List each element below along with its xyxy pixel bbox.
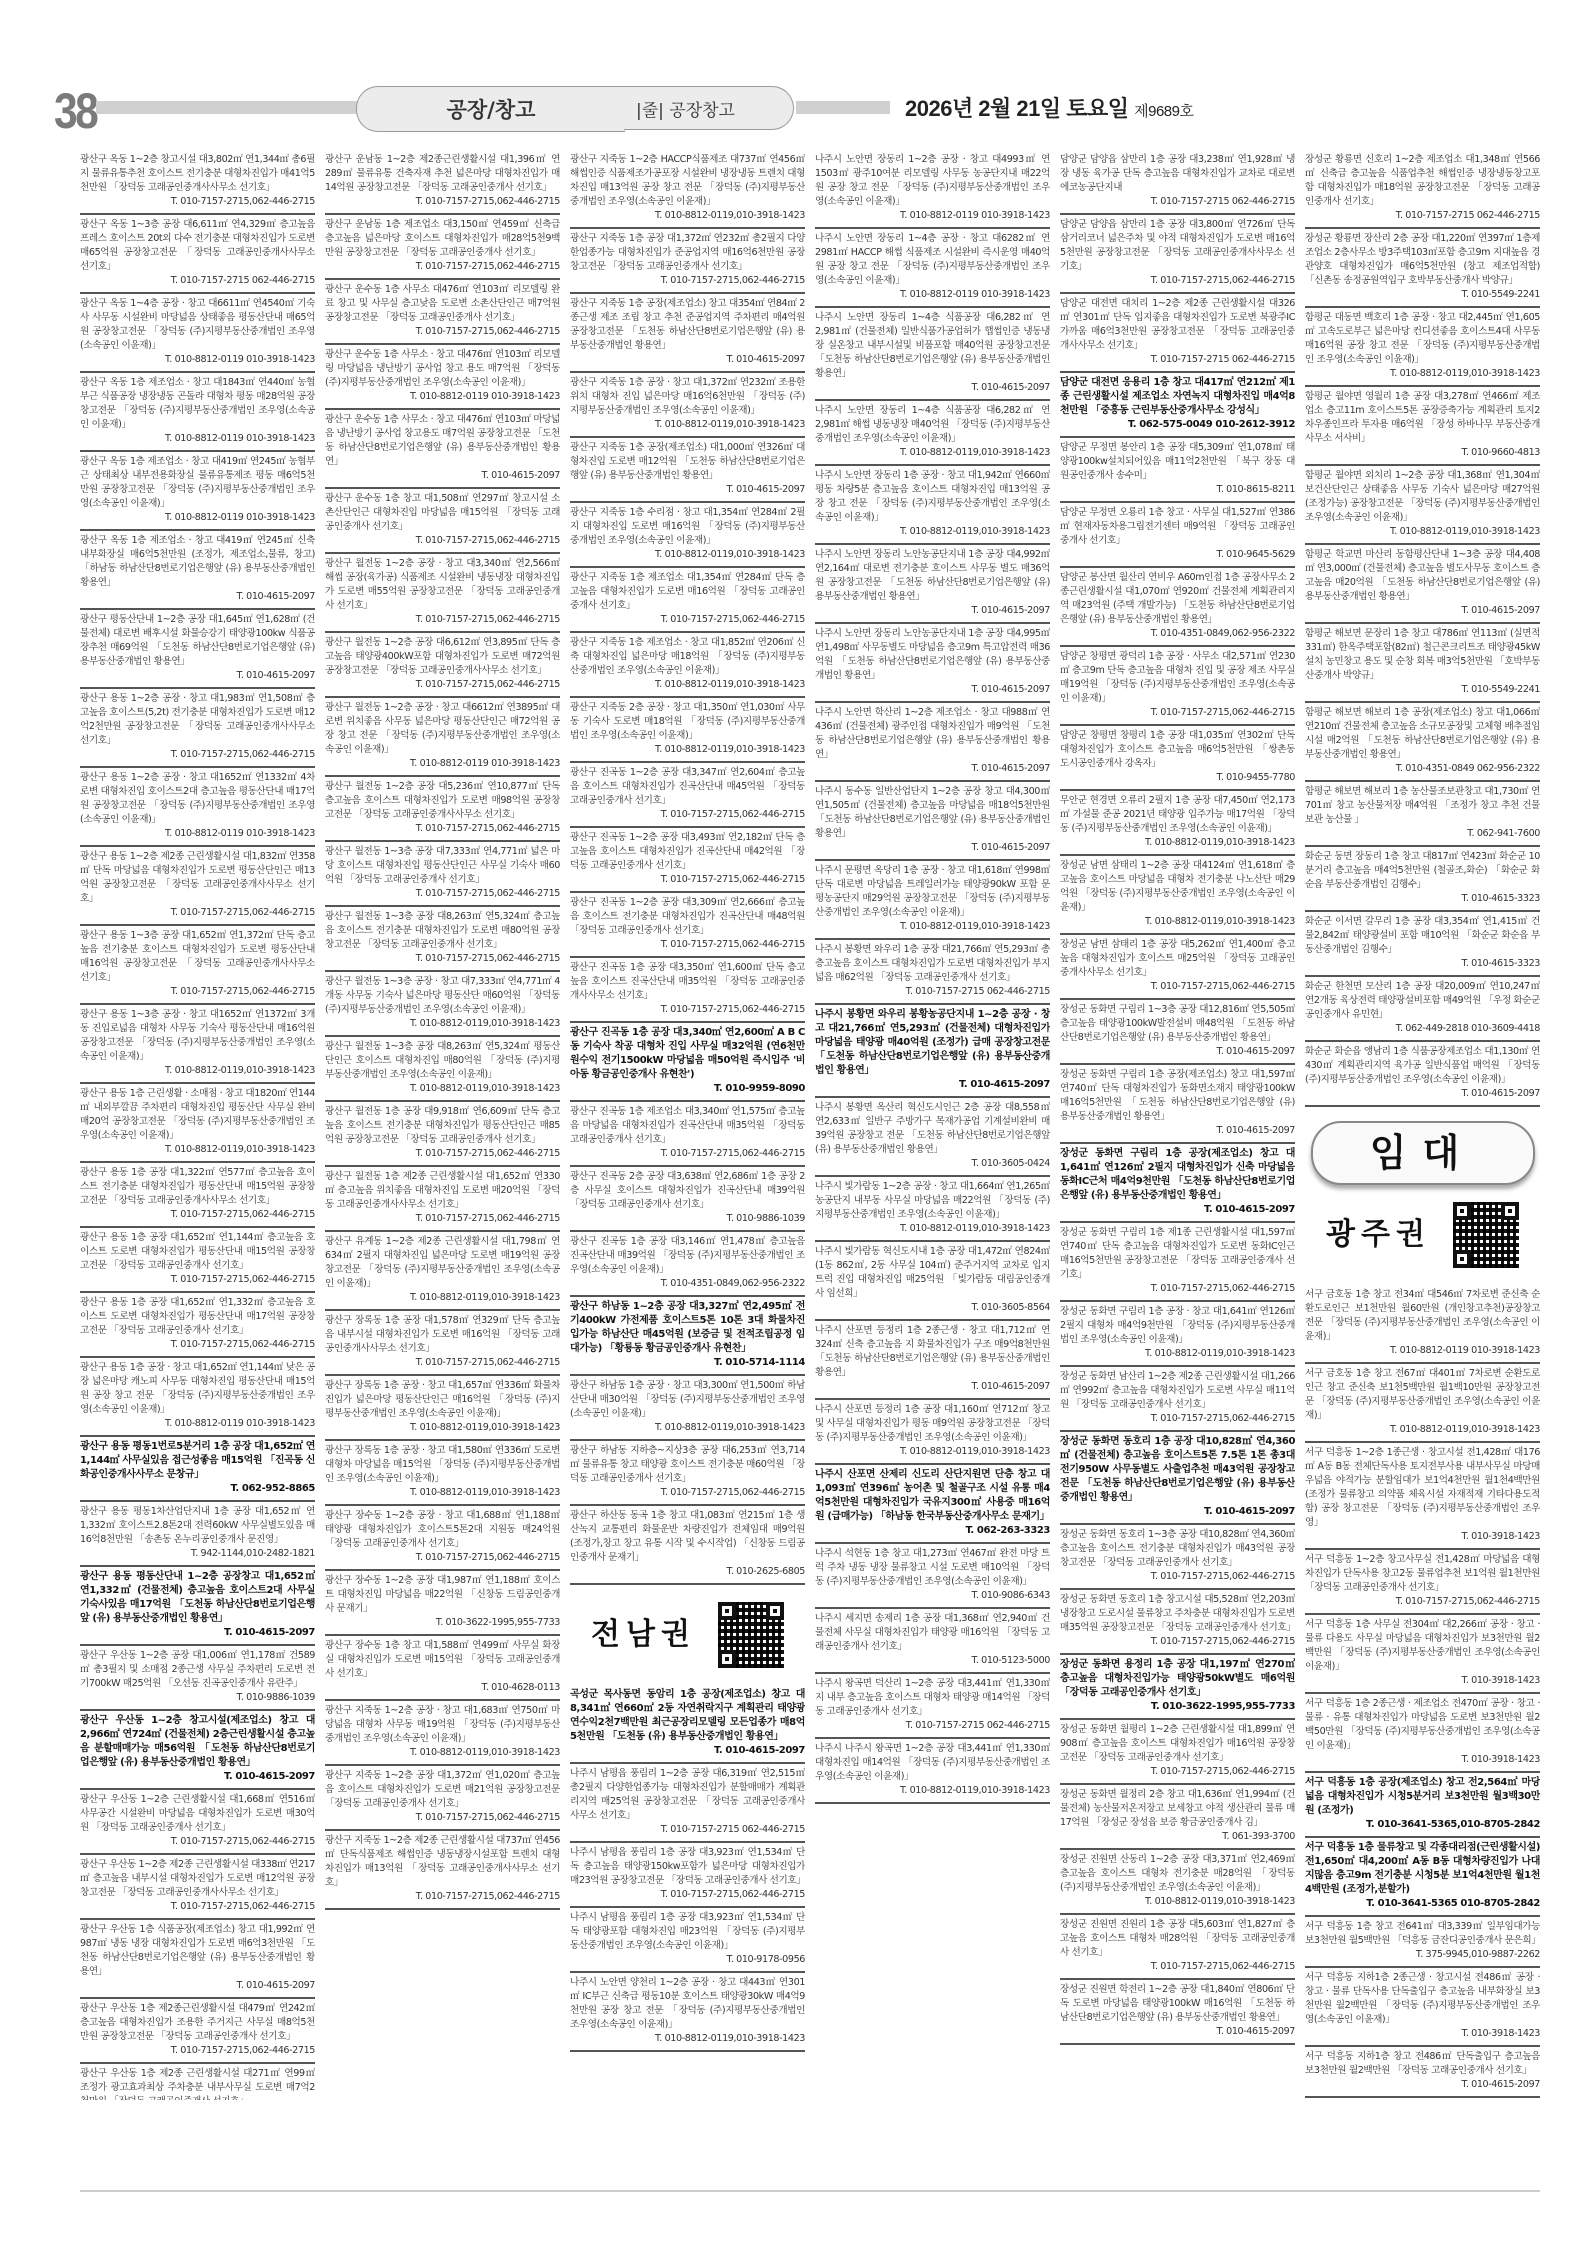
listing-text: 화순군 이서면 갈무리 1층 공장 대3,354㎡ 연1,415㎡ 건물2,84… bbox=[1305, 916, 1540, 955]
listing-text: 나주시 세지면 송제리 1층 공장 대1,368㎡ 연2,940㎡ 건물전체 사… bbox=[815, 1613, 1050, 1652]
listing-phone: T. 010-8812-0119 010-3918-1423 bbox=[325, 757, 560, 771]
listing-ad: 함평군 해보면 해보리 1층 농산물조보관창고 대1,730㎡ 연701㎡ 창고… bbox=[1305, 782, 1540, 847]
listing-text: 장성군 황룡면 장산리 2층 공장 대1,220㎡ 연397㎡ 1층제조업소 2… bbox=[1305, 233, 1540, 286]
listing-text: 서구 금호동 1층 창고 전67㎡ 대401㎡ 7차로변 순환도로인근 창고 준… bbox=[1305, 1368, 1540, 1421]
listing-ad: 나주시 봉황면 와우리 봉황농공단지내 1~2층 공장 · 창고 대21,766… bbox=[815, 1005, 1050, 1098]
listing-ad: 광산구 하산동 동곡 1층 창고 대1,083㎡ 연215㎡ 1층 생산녹지 교… bbox=[570, 1506, 805, 1585]
listing-phone: T. 010-4615-2097 bbox=[815, 1078, 1050, 1092]
column-6: 장성군 황룡면 신호리 1~2층 제조업소 대1,348㎡ 연566㎡ 신축급 … bbox=[1305, 150, 1540, 2100]
listing-text: 장성군 동화면 용정리 1층 공장 대1,197㎡ 연270㎡ 층고높음 대형차… bbox=[1060, 1659, 1295, 1698]
listing-text: 광산구 우산동 1층 제2종근린생활시설 대479㎡ 연242㎡ 층고높음 대형… bbox=[80, 2003, 315, 2042]
qr-code-icon[interactable] bbox=[1453, 1202, 1519, 1268]
listing-ad: 장성군 진원면 진원리 1층 공장 대5,603㎡ 연1,827㎡ 층고높음 호… bbox=[1060, 1915, 1295, 1980]
listing-phone: T. 010-8812-0119 010-3918-1423 bbox=[815, 209, 1050, 223]
listing-text: 광산구 용동 1층 공장 대1,652㎡ 연1,144㎡ 층고높음 호이스트 도… bbox=[80, 1232, 315, 1271]
listing-phone: T. 010-8812-0119,010-3918-1423 bbox=[815, 920, 1050, 934]
listing-phone: T. 010-7157-2715,062-446-2715 bbox=[80, 748, 315, 762]
listing-phone: T. 010-7157-2715,062-446-2715 bbox=[325, 1147, 560, 1161]
listing-text: 광산구 운남동 1층 제조업소 대3,150㎡ 연459㎡ 신축급 층고높음 넓… bbox=[325, 219, 560, 258]
header-rule-left bbox=[96, 101, 360, 114]
listing-phone: T. 010-4615-3323 bbox=[1305, 892, 1540, 906]
listing-ad: 광산구 운수동 1층 사무소 · 창고 대476㎡ 연103㎡ 마당넓음 냉난방… bbox=[325, 410, 560, 489]
listing-text: 광산구 지죽동 1층 공장(제조업소) 대1,000㎡ 연326㎡ 대형차진입 … bbox=[570, 442, 805, 481]
listing-text: 나주시 노안면 양천리 1~2층 공장 · 창고 대443㎡ 연301㎡ IC부… bbox=[570, 1977, 805, 2030]
issue-date: 2026년 2월 21일 토요일 제9689호 bbox=[905, 92, 1193, 123]
listing-phone: T. 010-7157-2715,062-446-2715 bbox=[1060, 1570, 1295, 1584]
listing-phone: T. 010-7157-2715 062-446-2715 bbox=[1305, 209, 1540, 223]
listing-ad: 광산구 옥동 1층 제조업소 · 창고 대419㎡ 연245㎡ 신축 내부화장실… bbox=[80, 531, 315, 610]
listing-ad: 나주시 석현동 1층 창고 대1,273㎡ 연467㎡ 완전 마당 트럭 주차 … bbox=[815, 1544, 1050, 1609]
listing-ad: 서구 덕흥동 1층 창고 전641㎡ 대3,339㎡ 일부임대가능 보3천만원 … bbox=[1305, 1917, 1540, 1968]
listing-phone: T. 010-8812-0119,010-3918-1423 bbox=[325, 1421, 560, 1435]
listing-phone: T. 010-8812-0119,010-3918-1423 bbox=[815, 1784, 1050, 1798]
listing-phone: T. 010-7157-2715,062-446-2715 bbox=[80, 906, 315, 920]
listing-ad: 광산구 장수동 1~2층 공장 대1,987㎡ 연1,188㎡ 호이스트 대형차… bbox=[325, 1571, 560, 1636]
classified-columns: 광산구 옥동 1~2층 창고시설 대3,802㎡ 연1,344㎡ 총6필지 물류… bbox=[80, 150, 1540, 2100]
listing-ad: 광산구 진곡동 1층 공장 대3,146㎡ 연1,478㎡ 층고높음 진곡산단내… bbox=[570, 1232, 805, 1297]
listing-ad: 광산구 우산동 1층 제2종근린생활시설 대479㎡ 연242㎡ 층고높음 대형… bbox=[80, 1999, 315, 2064]
listing-text: 서구 덕흥동 1층 창고 전641㎡ 대3,339㎡ 일부임대가능 보3천만원 … bbox=[1305, 1921, 1540, 1946]
listing-ad: 서구 덕흥동 1층 사무실 전304㎡ 대2,266㎡ 공장 · 창고 · 물류… bbox=[1305, 1615, 1540, 1694]
listing-text: 광산구 지죽동 1~2층 HACCP식품제조 대737㎡ 연456㎡ 해썹인증 … bbox=[570, 154, 805, 207]
listing-text: 광산구 지죽동 1~2층 공장 대1,372㎡ 연1,020㎡ 층고높음 호이스… bbox=[325, 1770, 560, 1809]
listing-text: 장성군 동화면 구림리 1층 제1종 근린생활시설 대1,597㎡ 연740㎡ … bbox=[1060, 1227, 1295, 1280]
listing-phone: T. 010-7157-2715,062-446-2715 bbox=[1305, 1595, 1540, 1609]
listing-text: 광산구 월전동 1~2층 공장 대5,236㎡ 연10,877㎡ 단독 층고높음… bbox=[325, 781, 560, 820]
listing-ad: 나주시 왕곡면 덕산리 1~2층 공장 대3,441㎡ 연1,330㎡ 지 내부… bbox=[815, 1674, 1050, 1739]
listing-ad: 광산구 장록동 1층 공장 · 창고 대1,657㎡ 연336㎡ 화물차 진입가… bbox=[325, 1376, 560, 1441]
listing-text: 광산구 용동 평동1번로5분거리 1층 공장 대1,652㎡ 연1,144㎡ 사… bbox=[80, 1441, 315, 1480]
listing-ad: 광산구 옥동 1층 제조업소 · 창고 대1843㎡ 연440㎡ 농협부근 식품… bbox=[80, 373, 315, 452]
column-3: 광산구 지죽동 1~2층 HACCP식품제조 대737㎡ 연456㎡ 해썹인증 … bbox=[570, 150, 805, 2100]
listing-text: 나주시 노안면 장동리 1~4층 공장 · 창고 대6282㎡ 연2981㎡ H… bbox=[815, 233, 1050, 286]
listing-text: 나주시 남평읍 풍림리 1~2층 공장 대6,319㎡ 연2,515㎡ 총2필지… bbox=[570, 1768, 805, 1821]
listing-phone: T. 010-7157-2715 062-446-2715 bbox=[815, 985, 1050, 999]
listing-text: 함평군 학교면 마산리 동함평산단내 1~3층 공장 대4,408㎡ 연3,00… bbox=[1305, 549, 1540, 602]
listing-ad: 광산구 진곡동 1층 제조업소 대3,340㎡ 연1,575㎡ 층고높음 마당넓… bbox=[570, 1102, 805, 1167]
listing-phone: T. 010-7157-2715,062-446-2715 bbox=[325, 822, 560, 836]
listing-text: 광산구 운수동 1층 사무소 · 창고 대476㎡ 연103㎡ 리모델링 마당넓… bbox=[325, 349, 560, 388]
listing-phone: T. 010-7157-2715,062-446-2715 bbox=[80, 1835, 315, 1849]
listing-ad: 담양군 대전면 대치리 1~2층 제2종 근린생활시설 대326㎡ 연301㎡ … bbox=[1060, 294, 1295, 373]
listing-phone: T. 010-8812-0119,010-3918-1423 bbox=[1060, 915, 1295, 929]
listing-text: 광산구 월전동 1~2층 공장 · 창고 대3,340㎡ 연2,566㎡ 해썹 … bbox=[325, 558, 560, 611]
listing-phone: T. 010-4615-2097 bbox=[570, 1744, 805, 1758]
listing-phone: T. 010-5123-5000 bbox=[815, 1654, 1050, 1668]
listing-ad: 광산구 하남동 지하층~지상3층 공장 대6,253㎡ 연3,714㎡ 물류유통… bbox=[570, 1441, 805, 1506]
listing-phone: T. 010-8812-0119,010-3918-1423 bbox=[80, 1143, 315, 1157]
listing-phone: T. 010-7157-2715,062-446-2715 bbox=[1060, 274, 1295, 288]
listing-ad: 광산구 용동 평동산단내 1~2층 공장창고 대1,652㎡ 연1,332㎡ (… bbox=[80, 1567, 315, 1646]
listing-ad: 장성군 동화면 구림리 1~3층 공장 대12,816㎡ 연5,505㎡ 층고높… bbox=[1060, 1000, 1295, 1065]
listing-text: 광산구 지죽동 1층 공장 대1,372㎡ 연232㎡ 총2필지 다양한업종가능… bbox=[570, 233, 805, 272]
listing-text: 나주시 남평읍 풍림리 1층 공장 대3,923㎡ 연1,534㎡ 단독 층고높… bbox=[570, 1847, 805, 1886]
listing-text: 나주시 동수동 일반산업단지 1~2층 공장 창고 대4,300㎡ 연1,505… bbox=[815, 786, 1050, 839]
listing-ad: 광산구 평동산단내 1~2층 공장 대1,645㎡ 연1,628㎡ (건물전체)… bbox=[80, 610, 315, 689]
column-2: 광산구 운남동 1~2층 제2종근린생활시설 대1,396㎡ 연289㎡ 물류유… bbox=[325, 150, 560, 2100]
listing-phone: T. 010-4615-2097 bbox=[80, 669, 315, 683]
listing-phone: T. 010-7157-2715,062-446-2715 bbox=[325, 678, 560, 692]
listing-text: 광산구 하남동 1~2층 공장 대3,327㎡ 연2,495㎡ 전기400kW … bbox=[570, 1301, 805, 1354]
listing-phone: T. 010-4615-2097 bbox=[1060, 1203, 1295, 1217]
listing-phone: T. 010-8812-0119,010-3918-1423 bbox=[1305, 1423, 1540, 1437]
listing-text: 광산구 용동 1~2층 공장 · 창고 대1652㎡ 연1332㎡ 4차로변 대… bbox=[80, 772, 315, 825]
listing-text: 나주시 노안면 장동리 1~2층 공장 · 창고 대4993㎡ 연1503㎡ 광… bbox=[815, 154, 1050, 207]
listing-text: 서구 덕흥동 1층 공장(제조업소) 창고 전2,564㎡ 마당넓음 대형차진입… bbox=[1305, 1777, 1540, 1816]
listing-ad: 광산구 월전동 1~3층 공장 대8,263㎡ 연5,324㎡ 평동산단인근 호… bbox=[325, 1037, 560, 1102]
listing-phone: T. 010-4351-0849 062-956-2322 bbox=[1305, 762, 1540, 776]
listing-text: 광산구 진곡동 1층 제조업소 대3,340㎡ 연1,575㎡ 층고높음 마당넓… bbox=[570, 1106, 805, 1145]
listing-phone: T. 010-8812-0119 010-3918-1423 bbox=[815, 288, 1050, 302]
listing-phone: T. 010-7157-2715,062-446-2715 bbox=[80, 1900, 315, 1914]
listing-phone: T. 010-8812-0119,010-3918-1423 bbox=[815, 1222, 1050, 1236]
listing-text: 광산구 진곡동 1층 공장 대3,350㎡ 연1,600㎡ 단독 층고높음 호이… bbox=[570, 962, 805, 1001]
listing-text: 광산구 우산동 1층 제2종 근린생활시설 대271㎡ 연99㎡ 조정가 광고효… bbox=[80, 2068, 315, 2100]
listing-text: 나주시 노안면 장동리 노안농공단지내 1층 공장 대4,995㎡ 연1,498… bbox=[815, 628, 1050, 681]
listing-text: 광산구 용동 평동1차산업단지내 1층 공장 대1,652㎡ 연1,332㎡ 호… bbox=[80, 1506, 315, 1545]
listing-text: 무안군 현경면 오류리 2필지 1층 공장 대7,450㎡ 연2,173㎡ 가설… bbox=[1060, 795, 1295, 834]
listing-text: 광산구 월전동 1~3층 공장 대8,263㎡ 연5,324㎡ 평동산단인근 호… bbox=[325, 1041, 560, 1080]
listing-text: 장성군 동화면 구림리 1층 공장(제조업소) 창고 대1,597㎡ 연740㎡… bbox=[1060, 1069, 1295, 1122]
listing-phone: T. 010-9886-1039 bbox=[570, 1212, 805, 1226]
listing-text: 나주시 노안면 학산리 1~2층 제조업소 · 창고 대988㎡ 연436㎡ (… bbox=[815, 707, 1050, 760]
listing-text: 광산구 옥동 1~2층 창고시설 대3,802㎡ 연1,344㎡ 총6필지 물류… bbox=[80, 154, 315, 193]
header-rule-right bbox=[796, 101, 890, 114]
column-1: 광산구 옥동 1~2층 창고시설 대3,802㎡ 연1,344㎡ 총6필지 물류… bbox=[80, 150, 315, 2100]
listing-phone: T. 010-3918-1423 bbox=[1305, 1530, 1540, 1544]
listing-text: 장성군 동화면 구림리 1~3층 공장 대12,816㎡ 연5,505㎡ 층고높… bbox=[1060, 1004, 1295, 1043]
listing-phone: T. 010-8812-0119,010-3918-1423 bbox=[325, 1017, 560, 1031]
listing-ad: 광산구 용동 평동1번로5분거리 1층 공장 대1,652㎡ 연1,144㎡ 사… bbox=[80, 1437, 315, 1502]
listing-phone: T. 010-3622-1995,955-7733 bbox=[1060, 1700, 1295, 1714]
listing-text: 서구 덕흥동 1층 2종근생 · 제조업소 전470㎡ 공장 · 창고 · 물류… bbox=[1305, 1698, 1540, 1751]
listing-phone: T. 010-7157-2715 062-446-2715 bbox=[1060, 195, 1295, 209]
listing-phone: T. 010-8812-0119,010-3918-1423 bbox=[325, 1291, 560, 1305]
listing-phone: T. 010-8812-0119,010-3918-1423 bbox=[1060, 1895, 1295, 1909]
listing-ad: 광산구 용동 1~3층 공장 · 창고 대1652㎡ 연1372㎡ 3개동 진입… bbox=[80, 1005, 315, 1084]
listing-text: 광산구 옥동 1층 제조업소 · 창고 대419㎡ 연245㎡ 신축 내부화장실… bbox=[80, 535, 315, 588]
listing-ad: 서구 금호동 1층 창고 전34㎡ 대546㎡ 7차로변 준신축 순환도로인근 … bbox=[1305, 1285, 1540, 1364]
listing-ad: 담양군 무정면 오룡리 1층 창고 · 사무실 대1,527㎡ 연386㎡ 현재… bbox=[1060, 503, 1295, 568]
listing-text: 함평군 대동면 백호리 1층 공장 · 창고 대2,445㎡ 연1,605㎡ 고… bbox=[1305, 312, 1540, 365]
listing-ad: 광산구 진곡동 1~2층 공장 대3,493㎡ 연2,182㎡ 단독 층고높음 … bbox=[570, 828, 805, 893]
listing-phone: T. 010-4615-2097 bbox=[1305, 1087, 1540, 1101]
qr-code-icon[interactable] bbox=[718, 1602, 784, 1668]
listing-phone: T. 010-3641-5365,010-8705-2842 bbox=[1305, 1818, 1540, 1832]
listing-ad: 광산구 용동 1층 근린생활 · 소매점 · 창고 대1820㎡ 연144㎡ 내… bbox=[80, 1084, 315, 1163]
listing-text: 광산구 우산동 1~2층 제2종 근린생활시설 대338㎡ 연217㎡ 층고높음… bbox=[80, 1859, 315, 1898]
listing-phone: T. 010-8812-0119,010-3918-1423 bbox=[570, 1421, 805, 1435]
listing-text: 광산구 유계동 1~2층 제2종 근린생활시설 대1,798㎡ 연634㎡ 2필… bbox=[325, 1236, 560, 1289]
listing-phone: T. 010-7157-2715,062-446-2715 bbox=[570, 938, 805, 952]
subsection-title: |줄| 공장창고 bbox=[624, 86, 794, 130]
listing-text: 화순군 화순읍 앵남리 1층 식품공장제조업소 대1,130㎡ 연430㎡ 계획… bbox=[1305, 1046, 1540, 1085]
listing-text: 서구 덕흥동 1층 사무실 전304㎡ 대2,266㎡ 공장 · 창고 · 물류… bbox=[1305, 1619, 1540, 1672]
listing-ad: 나주시 봉황면 옥산리 혁신도시인근 2층 공장 대8,558㎡ 연2,633㎡… bbox=[815, 1098, 1050, 1177]
listing-text: 광산구 용동 1~2층 공장 · 창고 대1,983㎡ 연1,508㎡ 층고높음… bbox=[80, 693, 315, 746]
listing-ad: 광산구 용동 평동1차산업단지내 1층 공장 대1,652㎡ 연1,332㎡ 호… bbox=[80, 1502, 315, 1567]
listing-phone: T. 010-8812-0119,010-3918-1423 bbox=[80, 1064, 315, 1078]
listing-ad: 광산구 지죽동 1층 공장(제조업소) 대1,000㎡ 연326㎡ 대형차진입 … bbox=[570, 438, 805, 503]
listing-text: 광산구 용동 1층 공장 대1,652㎡ 연1,332㎡ 층고높음 호이스트 도… bbox=[80, 1297, 315, 1336]
listing-text: 장성군 진원면 학전리 1~2층 공장 대1,840㎡ 연806㎡ 단독 도로변… bbox=[1060, 1984, 1295, 2023]
listing-text: 광산구 지죽동 1층 제조업소 · 창고 대1,852㎡ 연206㎡ 신축 대형… bbox=[570, 637, 805, 676]
listing-text: 광산구 지죽동 1~2층 제2종 근린생활시설 대737㎡ 연456㎡ 단독식품… bbox=[325, 1835, 560, 1888]
listing-text: 서구 덕흥동 1~2층 1종근생 · 창고시설 전1,428㎡ 대176㎡ A동… bbox=[1305, 1447, 1540, 1528]
listing-phone: T. 010-8812-0119 010-3918-1423 bbox=[325, 390, 560, 404]
listing-ad: 광산구 용동 1~2층 공장 · 창고 대1652㎡ 연1332㎡ 4차로변 대… bbox=[80, 768, 315, 847]
listing-phone: T. 010-8812-0119 010-3918-1423 bbox=[80, 432, 315, 446]
listing-text: 광산구 우산동 1층 식품공장(제조업소) 창고 대1,992㎡ 연987㎡ 냉… bbox=[80, 1924, 315, 1977]
listing-text: 광산구 용동 1~3층 공장 · 창고 대1652㎡ 연1372㎡ 3개동 진입… bbox=[80, 1009, 315, 1062]
listing-phone: T. 010-4615-2097 bbox=[815, 604, 1050, 618]
listing-phone: T. 010-8812-0119,010-3918-1423 bbox=[1305, 367, 1540, 381]
listing-text: 장성군 동화면 월정리 2층 창고 대1,636㎡ 연1,994㎡ (건물전체)… bbox=[1060, 1789, 1295, 1828]
listing-text: 나주시 산포면 산제리 신도리 산단지원면 단층 창고 대1,093㎡ 연396… bbox=[815, 1469, 1050, 1522]
listing-text: 광산구 장수동 1층 창고 대1,588㎡ 연499㎡ 사무실 화장실 대형차진… bbox=[325, 1640, 560, 1679]
listing-ad: 담양군 담양읍 삼만리 1층 공장 대3,800㎡ 연726㎡ 단독 삼거리코너… bbox=[1060, 215, 1295, 294]
listing-text: 광산구 월전동 1층 제2종 근린생활시설 대1,652㎡ 연330㎡ 층고높음… bbox=[325, 1171, 560, 1210]
listing-ad: 광산구 지죽동 2층 공장 · 창고 대1,350㎡ 연1,030㎡ 사무동 기… bbox=[570, 698, 805, 763]
listing-text: 나주시 문평면 옥당리 1층 공장 · 창고 대1,618㎡ 연998㎡ 단독 … bbox=[815, 865, 1050, 918]
listing-ad: 서구 덕흥동 1~2층 1종근생 · 창고시설 전1,428㎡ 대176㎡ A동… bbox=[1305, 1443, 1540, 1550]
listing-text: 나주시 빛가람동 혁신도시내 1층 공장 대1,472㎡ 연824㎡ (1동 8… bbox=[815, 1246, 1050, 1299]
listing-ad: 광산구 용동 1층 공장 대1,322㎡ 연577㎡ 층고높음 호이스트 전기충… bbox=[80, 1163, 315, 1228]
listing-ad: 광산구 용동 1~2층 제2종 근린생활시설 대1,832㎡ 연358㎡ 단독 … bbox=[80, 847, 315, 926]
listing-phone: T. 062-575-0049 010-2612-3912 bbox=[1060, 418, 1295, 432]
listing-ad: 화순군 동면 장동리 1층 창고 대817㎡ 연423㎡ 화순군 10분거리 층… bbox=[1305, 847, 1540, 912]
listing-phone: T. 010-4615-2097 bbox=[1305, 2078, 1540, 2092]
listing-ad: 광산구 우산동 1층 식품공장(제조업소) 창고 대1,992㎡ 연987㎡ 냉… bbox=[80, 1920, 315, 1999]
listing-phone: T. 010-8812-0119,010-3918-1423 bbox=[1060, 1347, 1295, 1361]
listing-ad: 장성군 동화면 동호리 1층 창고시설 대5,528㎡ 연2,203㎡ 냉장창고… bbox=[1060, 1590, 1295, 1655]
listing-phone: T. 010-7157-2715 062-446-2715 bbox=[80, 274, 315, 288]
listing-ad: 광산구 운수동 1층 사무소 · 창고 대476㎡ 연103㎡ 리모델링 마당넓… bbox=[325, 345, 560, 410]
listing-phone: T. 010-4615-2097 bbox=[80, 590, 315, 604]
listing-ad: 화순군 한천면 모산리 1층 공장 대20,009㎡ 연10,247㎡ 연2개동… bbox=[1305, 977, 1540, 1042]
page-number: 38 bbox=[54, 82, 96, 140]
listing-text: 광산구 지죽동 1층 공장 · 창고 대1,372㎡ 연232㎡ 조용한 위치 … bbox=[570, 377, 805, 416]
listing-phone: T. 010-9178-0956 bbox=[570, 1953, 805, 1967]
listing-text: 광산구 우산동 1~2층 창고시설(제조업소) 창고 대2,966㎡ 연724㎡… bbox=[80, 1715, 315, 1768]
rent-section-heading: 임대 bbox=[1311, 1121, 1535, 1185]
listing-text: 장성군 동화면 동호리 1~3층 공장 대10,828㎡ 연4,360㎡ 층고높… bbox=[1060, 1529, 1295, 1568]
listing-ad: 광산구 월전동 1~2층 공장 · 창고 대3,340㎡ 연2,566㎡ 해썹 … bbox=[325, 554, 560, 633]
listing-phone: T. 010-5714-1114 bbox=[570, 1356, 805, 1370]
listing-ad: 광산구 지죽동 1~2층 공장 대1,372㎡ 연1,020㎡ 층고높음 호이스… bbox=[325, 1766, 560, 1831]
listing-ad: 장성군 동화면 동호리 1층 공장 대10,828㎡ 연4,360㎡ (건물전체… bbox=[1060, 1432, 1295, 1525]
listing-phone: T. 010-8812-0119 010-3918-1423 bbox=[80, 353, 315, 367]
listing-ad: 광산구 월전동 1~2층 공장 · 창고 대6612㎡ 연3895㎡ 대로변 위… bbox=[325, 698, 560, 777]
listing-ad: 장성군 남면 삼태리 1층 공장 대5,262㎡ 연1,400㎡ 층고높음 대형… bbox=[1060, 935, 1295, 1000]
listing-phone: T. 010-3918-1423 bbox=[1305, 1753, 1540, 1767]
listing-text: 나주시 빛가람동 1~2층 공장 · 창고 대1,664㎡ 연1,265㎡ 농공… bbox=[815, 1181, 1050, 1220]
listing-phone: T. 062-941-7600 bbox=[1305, 827, 1540, 841]
listing-text: 광산구 우산동 1~2층 근린생활시설 대1,668㎡ 연516㎡ 사무공간 시… bbox=[80, 1794, 315, 1833]
listing-phone: T. 010-9086-6343 bbox=[815, 1589, 1050, 1603]
listing-ad: 장성군 황룡면 장산리 2층 공장 대1,220㎡ 연397㎡ 1층제조업소 2… bbox=[1305, 229, 1540, 308]
listing-text: 나주시 왕곡면 덕산리 1~2층 공장 대3,441㎡ 연1,330㎡ 지 내부… bbox=[815, 1678, 1050, 1717]
listing-ad: 장성군 동화면 남산리 1~2층 제2종 근린생활시설 대1,266㎡ 연992… bbox=[1060, 1367, 1295, 1432]
listing-phone: T. 062-449-2818 010-3609-4418 bbox=[1305, 1022, 1540, 1036]
listing-text: 담양군 무정면 오룡리 1층 창고 · 사무실 대1,527㎡ 연386㎡ 현재… bbox=[1060, 507, 1295, 546]
listing-text: 광산구 옥동 1~4층 공장 · 창고 대6611㎡ 연4540㎡ 기숙사 사무… bbox=[80, 298, 315, 351]
listing-text: 광산구 용동 1층 공장 대1,322㎡ 연577㎡ 층고높음 호이스트 전기충… bbox=[80, 1167, 315, 1206]
listing-ad: 무안군 현경면 오류리 2필지 1층 공장 대7,450㎡ 연2,173㎡ 가설… bbox=[1060, 791, 1295, 856]
listing-text: 장성군 동화면 구림리 1층 공장 · 창고 대1,641㎡ 연126㎡ 2필지… bbox=[1060, 1306, 1295, 1345]
listing-ad: 서구 덕흥동 1~2층 창고사무실 전1,428㎡ 마당넓음 대형차진입가 단독… bbox=[1305, 1550, 1540, 1615]
listing-ad: 나주시 노안면 장동리 1~4층 공장 · 창고 대6282㎡ 연2981㎡ H… bbox=[815, 229, 1050, 308]
listing-text: 광산구 지죽동 1층 수리점 · 창고 대1,354㎡ 연284㎡ 2필지 대형… bbox=[570, 507, 805, 546]
listing-ad: 나주시 노안면 장동리 노안농공단지내 1층 공장 대4,995㎡ 연1,498… bbox=[815, 624, 1050, 703]
listing-text: 광산구 장록동 1층 공장 · 창고 대1,657㎡ 연336㎡ 화물차 진입가… bbox=[325, 1380, 560, 1419]
listing-phone: T. 010-7157-2715,062-446-2715 bbox=[80, 195, 315, 209]
listing-text: 곡성군 목사동면 동암리 1층 공장(제조업소) 창고 대8,341㎡ 연660… bbox=[570, 1689, 805, 1742]
listing-ad: 광산구 월전동 1~3층 공장 대7,333㎡ 연4,771㎡ 넓은 마당 호이… bbox=[325, 842, 560, 907]
listing-ad: 광산구 장록동 1층 공장 · 창고 대1,580㎡ 연336㎡ 도로변 대형차… bbox=[325, 1441, 560, 1506]
listing-text: 광산구 진곡동 1~2층 공장 대3,493㎡ 연2,182㎡ 단독 층고높음 … bbox=[570, 832, 805, 871]
listing-ad: 나주시 빛가람동 혁신도시내 1층 공장 대1,472㎡ 연824㎡ (1동 8… bbox=[815, 1242, 1050, 1321]
listing-phone: T. 010-4615-2097 bbox=[325, 469, 560, 483]
listing-phone: T. 010-8812-0119,010-3918-1423 bbox=[570, 678, 805, 692]
section-title: 공장/창고 bbox=[356, 86, 625, 132]
listing-phone: T. 010-7157-2715,062-446-2715 bbox=[325, 195, 560, 209]
listing-text: 광산구 월전동 1~3층 공장 대8,263㎡ 연5,324㎡ 층고높음 호이스… bbox=[325, 911, 560, 950]
listing-text: 화순군 동면 장동리 1층 창고 대817㎡ 연423㎡ 화순군 10분거리 층… bbox=[1305, 851, 1540, 890]
listing-phone: T. 010-7157-2715,062-446-2715 bbox=[1060, 980, 1295, 994]
listing-ad: 서구 덕흥동 1층 공장(제조업소) 창고 전2,564㎡ 마당넓음 대형차진입… bbox=[1305, 1773, 1540, 1838]
listing-text: 장성군 진원면 진원리 1층 공장 대5,603㎡ 연1,827㎡ 층고높음 호… bbox=[1060, 1919, 1295, 1958]
listing-ad: 광산구 용동 1층 공장 대1,652㎡ 연1,332㎡ 층고높음 호이스트 도… bbox=[80, 1293, 315, 1358]
listing-phone: T. 010-7157-2715 062-446-2715 bbox=[815, 1719, 1050, 1733]
listing-phone: T. 062-263-3323 bbox=[815, 1524, 1050, 1538]
listing-phone: T. 010-4615-2097 bbox=[570, 483, 805, 497]
listing-text: 광산구 하남동 지하층~지상3층 공장 대6,253㎡ 연3,714㎡ 물류유통… bbox=[570, 1445, 805, 1484]
listing-ad: 담양군 봉산면 월산리 연비우 A60m인접 1층 공장사무소 2종근린생활시설… bbox=[1060, 568, 1295, 647]
listing-text: 광산구 용동 1~2층 제2종 근린생활시설 대1,832㎡ 연358㎡ 단독 … bbox=[80, 851, 315, 904]
qr-finder-pattern bbox=[718, 1650, 736, 1668]
listing-phone: T. 010-5549-2241 bbox=[1305, 288, 1540, 302]
listing-ad: 서구 덕흥동 지하1층 창고 전486㎡ 단독출입구 층고높음 보3천만원 월2… bbox=[1305, 2047, 1540, 2098]
listing-phone: T. 010-4615-2097 bbox=[80, 1626, 315, 1640]
listing-phone: T. 010-4351-0849,062-956-2322 bbox=[1060, 627, 1295, 641]
listing-ad: 광산구 월전동 1~2층 공장 대5,236㎡ 연10,877㎡ 단독 층고높음… bbox=[325, 777, 560, 842]
listing-text: 나주시 봉황면 옥산리 혁신도시인근 2층 공장 대8,558㎡ 연2,633㎡… bbox=[815, 1102, 1050, 1155]
listing-phone: T. 010-8812-0119,010-3918-1423 bbox=[815, 1445, 1050, 1459]
listing-ad: 나주시 빛가람동 1~2층 공장 · 창고 대1,664㎡ 연1,265㎡ 농공… bbox=[815, 1177, 1050, 1242]
listing-ad: 서구 덕흥동 1층 2종근생 · 제조업소 전470㎡ 공장 · 창고 · 물류… bbox=[1305, 1694, 1540, 1773]
listing-text: 장성군 동화면 동호리 1층 공장 대10,828㎡ 연4,360㎡ (건물전체… bbox=[1060, 1436, 1295, 1503]
listing-phone: T. 010-7157-2715,062-446-2715 bbox=[80, 1338, 315, 1352]
listing-ad: 광산구 월전동 1층 공장 대9,918㎡ 연6,609㎡ 단독 층고높음 호이… bbox=[325, 1102, 560, 1167]
listing-phone: T. 010-7157-2715,062-446-2715 bbox=[1060, 1282, 1295, 1296]
listing-text: 장성군 진원면 산동리 1~2층 공장 대3,371㎡ 연2,469㎡ 층고높음… bbox=[1060, 1854, 1295, 1893]
listing-ad: 나주시 문평면 옥당리 1층 공장 · 창고 대1,618㎡ 연998㎡ 단독 … bbox=[815, 861, 1050, 940]
listing-phone: T. 010-7157-2715,062-446-2715 bbox=[80, 985, 315, 999]
listing-phone: T. 010-5549-2241 bbox=[1305, 683, 1540, 697]
listing-ad: 함평군 월야면 외치리 1~2층 공장 대1,368㎡ 연1,304㎡ 보건산단… bbox=[1305, 466, 1540, 545]
listing-phone: T. 010-8812-0119,010-3918-1423 bbox=[570, 2032, 805, 2046]
listing-ad: 화순군 화순읍 앵남리 1층 식품공장제조업소 대1,130㎡ 연430㎡ 계획… bbox=[1305, 1042, 1540, 1107]
listing-ad: 광산구 유계동 1~2층 제2종 근린생활시설 대1,798㎡ 연634㎡ 2필… bbox=[325, 1232, 560, 1311]
listing-ad: 나주시 남평읍 풍림리 1층 공장 대3,923㎡ 연1,534㎡ 단독 태양광… bbox=[570, 1908, 805, 1973]
listing-ad: 장성군 진원면 산동리 1~2층 공장 대3,371㎡ 연2,469㎡ 층고높음… bbox=[1060, 1850, 1295, 1915]
listing-phone: T. 010-7157-2715,062-446-2715 bbox=[325, 887, 560, 901]
listing-phone: T. 010-8812-0119,010-3918-1423 bbox=[325, 1486, 560, 1500]
listing-text: 광산구 운수동 1층 사무소 대476㎡ 연103㎡ 리모델링 완료 창고 및 … bbox=[325, 284, 560, 323]
listing-text: 광산구 옥동 1~3층 공장 대6,611㎡ 연4,329㎡ 층고높음 프레스 … bbox=[80, 219, 315, 272]
listing-text: 광산구 하남동 1층 공장 · 창고 대3,300㎡ 연1,500㎡ 하남산단내… bbox=[570, 1380, 805, 1419]
listing-ad: 광산구 지죽동 1층 제조업소 대1,354㎡ 연284㎡ 단독 층고높음 대형… bbox=[570, 568, 805, 633]
listing-text: 광산구 용동 1층 공장 · 창고 대1,652㎡ 연1,144㎡ 낮은 공장 … bbox=[80, 1362, 315, 1415]
listing-phone: T. 942-1144,010-2482-1821 bbox=[80, 1547, 315, 1561]
listing-text: 광산구 우산동 1~2층 공장 대1,006㎡ 연1,178㎡ 건589㎡ 총3… bbox=[80, 1650, 315, 1689]
listing-ad: 광산구 용동 1~3층 공장 대1,652㎡ 연1,372㎡ 단독 층고높음 전… bbox=[80, 926, 315, 1005]
listing-phone: T. 010-7157-2715,062-446-2715 bbox=[80, 2044, 315, 2058]
listing-text: 장성군 동화면 동호리 1층 창고시설 대5,528㎡ 연2,203㎡ 냉장창고… bbox=[1060, 1594, 1295, 1633]
listing-ad: 장성군 동화면 구림리 1층 제1종 근린생활시설 대1,597㎡ 연740㎡ … bbox=[1060, 1223, 1295, 1302]
listing-phone: T. 010-8812-0119 010-3918-1423 bbox=[1305, 1344, 1540, 1358]
listing-ad: 나주시 노안면 장동리 1~4층 식품공장 대6,282㎡ 연2,981㎡ 해썹… bbox=[815, 401, 1050, 466]
listing-text: 광산구 장수동 1~2층 공장 대1,987㎡ 연1,188㎡ 호이스트 대형차… bbox=[325, 1575, 560, 1614]
listing-text: 담양군 무정면 봉안리 1층 공장 대5,309㎡ 연1,078㎡ 태양광100… bbox=[1060, 442, 1295, 481]
listing-phone: T. 010-7157-2715,062-446-2715 bbox=[570, 1147, 805, 1161]
listing-ad: 광산구 운수동 1층 사무소 대476㎡ 연103㎡ 리모델링 완료 창고 및 … bbox=[325, 280, 560, 345]
listing-text: 담양군 창평면 창평리 1층 공장 대1,035㎡ 연302㎡ 단독 대형차진입… bbox=[1060, 730, 1295, 769]
listing-ad: 광산구 지죽동 1층 공장(제조업소) 창고 대354㎡ 연84㎡ 2종근생 제… bbox=[570, 294, 805, 373]
listing-phone: T. 010-4615-2097 bbox=[815, 841, 1050, 855]
footer-rule bbox=[80, 2190, 1540, 2192]
listing-text: 광산구 옥동 1층 제조업소 · 창고 대1843㎡ 연440㎡ 농협부근 식품… bbox=[80, 377, 315, 430]
listing-phone: T. 010-8812-0119,010-3918-1423 bbox=[570, 209, 805, 223]
listing-phone: T. 010-4615-2097 bbox=[1060, 2025, 1295, 2039]
listing-text: 나주시 노안면 장동리 1~4층 식품공장 대6,282㎡ 연2,981㎡ (건… bbox=[815, 312, 1050, 379]
listing-phone: T. 010-7157-2715,062-446-2715 bbox=[325, 1356, 560, 1370]
listing-text: 서구 금호동 1층 창고 전34㎡ 대546㎡ 7차로변 준신축 순환도로인근 … bbox=[1305, 1289, 1540, 1342]
column-4: 나주시 노안면 장동리 1~2층 공장 · 창고 대4993㎡ 연1503㎡ 광… bbox=[815, 150, 1050, 2100]
listing-text: 담양군 담양읍 삼만리 1층 공장 대3,800㎡ 연726㎡ 단독 삼거리코너… bbox=[1060, 219, 1295, 272]
listing-phone: T. 010-8812-0119,010-3918-1423 bbox=[325, 1082, 560, 1096]
listing-ad: 광산구 용동 1층 공장 · 창고 대1,652㎡ 연1,144㎡ 낮은 공장 … bbox=[80, 1358, 315, 1437]
listing-phone: T. 010-2625-6805 bbox=[570, 1565, 805, 1579]
listing-ad: 광산구 옥동 1~4층 공장 · 창고 대6611㎡ 연4540㎡ 기숙사 사무… bbox=[80, 294, 315, 373]
listing-text: 광산구 용동 평동산단내 1~2층 공장창고 대1,652㎡ 연1,332㎡ (… bbox=[80, 1571, 315, 1624]
listing-phone: T. 010-7157-2715,062-446-2715 bbox=[570, 1003, 805, 1017]
listing-phone: T. 010-7157-2715,062-446-2715 bbox=[325, 1811, 560, 1825]
date-text: 2026년 2월 21일 토요일 bbox=[905, 96, 1129, 121]
listing-phone: T. 010-8615-8211 bbox=[1060, 483, 1295, 497]
listing-text: 광산구 월전동 1~3층 공장 · 창고 대7,333㎡ 연4,771㎡ 4개동… bbox=[325, 976, 560, 1015]
listing-phone: T. 010-7157-2715,062-446-2715 bbox=[80, 1273, 315, 1287]
listing-phone: T. 010-3641-5365 010-8705-2842 bbox=[1305, 1897, 1540, 1911]
listing-ad: 장성군 동화면 구림리 1층 공장 · 창고 대1,641㎡ 연126㎡ 2필지… bbox=[1060, 1302, 1295, 1367]
listing-phone: T. 010-7157-2715,062-446-2715 bbox=[325, 1212, 560, 1226]
listing-phone: T. 010-7157-2715,062-446-2715 bbox=[80, 1208, 315, 1222]
listing-ad: 광산구 장수동 1~2층 공장 · 창고 대1,688㎡ 연1,188㎡ 태양광… bbox=[325, 1506, 560, 1571]
listing-text: 나주시 산포면 등정리 1층 공장 대1,160㎡ 연712㎡ 창고 및 사무실… bbox=[815, 1404, 1050, 1443]
listing-ad: 서구 덕흥동 지하1층 2종근생 · 창고시설 전486㎡ 공장 · 창고 · … bbox=[1305, 1968, 1540, 2047]
listing-phone: T. 010-3918-1423 bbox=[1305, 1674, 1540, 1688]
listing-phone: T. 010-8812-0119,010-3918-1423 bbox=[815, 525, 1050, 539]
listing-phone: T. 061-393-3700 bbox=[1060, 1830, 1295, 1844]
listing-phone: T. 010-7157-2715 062-446-2715 bbox=[1060, 353, 1295, 367]
listing-ad: 광산구 지죽동 1층 수리점 · 창고 대1,354㎡ 연284㎡ 2필지 대형… bbox=[570, 503, 805, 568]
listing-ad: 함평군 월야면 영월리 1층 공장 대3,278㎡ 연466㎡ 제조업소 층고1… bbox=[1305, 387, 1540, 466]
listing-ad: 함평군 해보면 해보리 1층 공장(제조업소) 창고 대1,066㎡ 연210㎡… bbox=[1305, 703, 1540, 782]
listing-ad: 나주시 남평읍 풍림리 1~2층 공장 대6,319㎡ 연2,515㎡ 총2필지… bbox=[570, 1764, 805, 1843]
listing-text: 광산구 용동 1층 근린생활 · 소매점 · 창고 대1820㎡ 연144㎡ 내… bbox=[80, 1088, 315, 1141]
listing-phone: T. 010-8812-0119,010-3918-1423 bbox=[1060, 836, 1295, 850]
